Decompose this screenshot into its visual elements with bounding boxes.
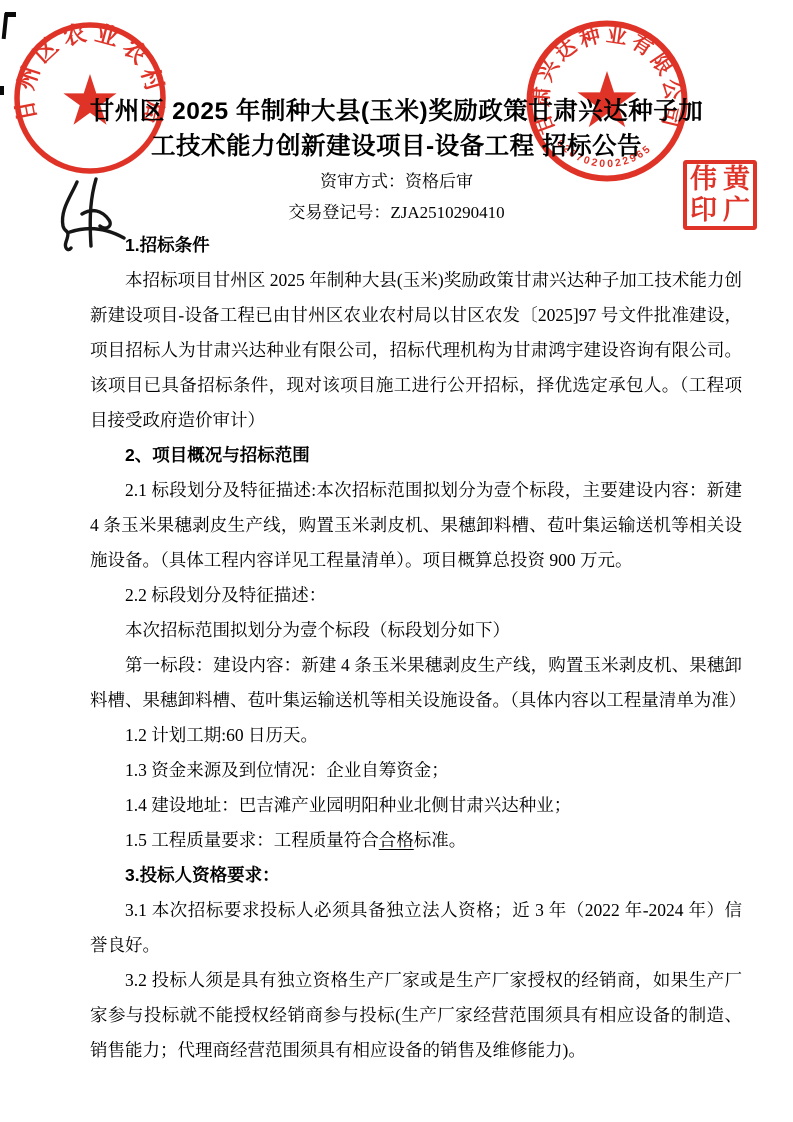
section-heading-3: 3.投标人资格要求： xyxy=(90,858,742,893)
seal-char-tr: 黄 xyxy=(723,166,750,193)
paragraph-3-2: 3.2 投标人须是具有独立资格生产厂家或是生产厂家授权的经销商，如果生产厂家参与… xyxy=(90,963,742,1068)
paragraph-1-3-funding: 1.3 资金来源及到位情况：企业自筹资金； xyxy=(90,753,742,788)
paragraph-1-5-quality: 1.5 工程质量要求：工程质量符合合格标准。 xyxy=(90,823,742,858)
seal-char-tl: 伟 xyxy=(690,166,717,193)
document-body: 1.招标条件 本招标项目甘州区 2025 年制种大县(玉米)奖励政策甘肃兴达种子… xyxy=(90,228,742,1068)
handwritten-signature xyxy=(44,176,134,261)
quality-text-pre: 1.5 工程质量要求：工程质量符合 xyxy=(125,830,379,850)
document-page: 甘州区 2025 年制种大县(玉米)奖励政策甘肃兴达种子加 工技术能力创新建设项… xyxy=(0,0,793,1122)
paragraph-2-2: 2.2 标段划分及特征描述： xyxy=(90,578,742,613)
section-heading-2: 2、项目概况与招标范围 xyxy=(90,438,742,473)
round-seal-xingda-seed-company: 甘肃兴达种业有限公司 6207020022965 xyxy=(522,16,692,186)
round-seal-agriculture-bureau: 甘州区农业农村局 xyxy=(10,18,170,178)
seal-char-br: 广 xyxy=(723,197,750,224)
quality-text-post: 标准。 xyxy=(414,830,467,850)
paragraph-bid-conditions: 本招标项目甘州区 2025 年制种大县(玉米)奖励政策甘肃兴达种子加工技术能力创… xyxy=(90,263,742,438)
quality-underlined: 合格 xyxy=(379,830,414,850)
paragraph-2-1: 2.1 标段划分及特征描述:本次招标范围拟划分为壹个标段，主要建设内容：新建 4… xyxy=(90,473,742,578)
star-icon xyxy=(578,71,637,127)
paragraph-1-2-duration: 1.2 计划工期:60 日历天。 xyxy=(90,718,742,753)
paragraph-1-4-address: 1.4 建设地址：巴吉滩产业园明阳种业北侧甘肃兴达种业； xyxy=(90,788,742,823)
paragraph-3-1: 3.1 本次招标要求投标人必须具备独立法人资格；近 3 年（2022 年-202… xyxy=(90,893,742,963)
paragraph-lot-division: 本次招标范围拟划分为壹个标段（标段划分如下） xyxy=(90,613,742,648)
scan-artifact xyxy=(5,12,16,17)
scan-artifact xyxy=(0,86,4,95)
square-name-seal: 伟 黄 印 广 xyxy=(683,160,757,230)
paragraph-lot-1: 第一标段：建设内容：新建 4 条玉米果穗剥皮生产线，购置玉米剥皮机、果穗卸料槽、… xyxy=(90,648,742,718)
star-icon xyxy=(63,74,116,125)
seal-char-bl: 印 xyxy=(690,197,717,224)
section-heading-1: 1.招标条件 xyxy=(90,228,742,263)
